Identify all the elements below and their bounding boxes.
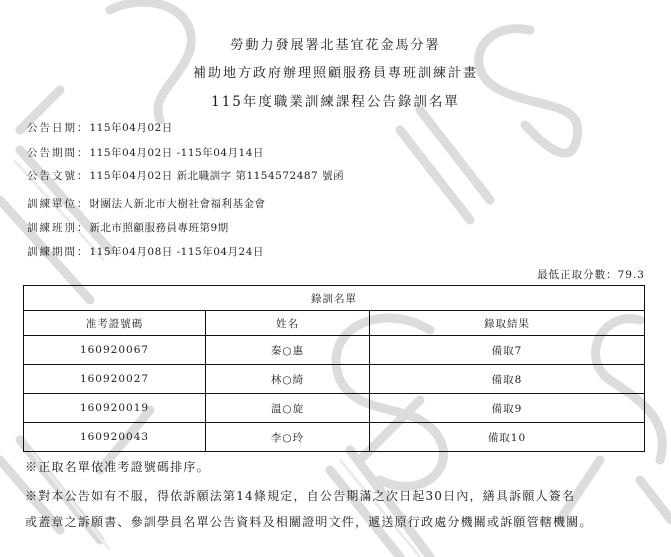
cell-exam-no: 160920067 [24,336,206,365]
announce-date-value: 115年04月02日 [90,122,173,134]
training-period: 訓練期間：115年04月08日 -115年04月24日 [27,244,264,259]
announce-doc-no-label: 公告文號： [27,170,90,182]
training-class: 訓練班別：新北市照顧服務員專班第9期 [27,220,229,235]
column-header-name: 姓名 [206,311,370,336]
min-score-value: 79.3 [618,269,645,281]
cell-name: 秦○惠 [206,336,370,365]
appeal-note-line1: ※對本公告如有不服，得依訴願法第14條規定，自公告期滿之次日起30日內，繕具訴願… [25,487,575,504]
cell-result: 備取10 [370,423,645,452]
cell-result: 備取7 [370,336,645,365]
announce-period: 公告期間：115年04月02日 -115年04月14日 [27,145,264,160]
training-class-value: 新北市照顧服務員專班第9期 [90,222,229,234]
table-row: 160920027 林○綺 備取8 [24,365,645,394]
cell-result: 備取8 [370,365,645,394]
table-row: 160920043 李○玲 備取10 [24,423,645,452]
appeal-note-line2: 或蓋章之訴願書、參訓學員名單公告資料及相關證明文件，遞送原行政處分機關或訴願管轄… [25,513,593,530]
training-period-value: 115年04月08日 -115年04月24日 [90,246,264,258]
announce-period-label: 公告期間： [27,147,90,159]
min-admission-score: 最低正取分數：79.3 [537,267,645,282]
announce-date: 公告日期：115年04月02日 [27,120,173,135]
announcement-document: 勞動力發展署北基宜花金馬分署 補助地方政府辦理照顧服務員專班訓練計畫 115年度… [0,0,671,557]
training-unit-label: 訓練單位： [27,198,90,210]
sort-note: ※正取名單依准考證號碼排序。 [25,458,210,475]
cell-exam-no: 160920043 [24,423,206,452]
table-row: 160920067 秦○惠 備取7 [24,336,645,365]
training-unit: 訓練單位：財團法人新北市大樹社會福利基金會 [27,196,266,211]
column-header-exam-no: 准考證號碼 [24,311,206,336]
training-unit-value: 財團法人新北市大樹社會福利基金會 [90,198,266,210]
program-title: 補助地方政府辦理照顧服務員專班訓練計畫 [0,62,671,81]
table-caption-row: 錄訓名單 [24,286,645,311]
cell-result: 備取9 [370,394,645,423]
training-class-label: 訓練班別： [27,222,90,234]
cell-exam-no: 160920027 [24,365,206,394]
table-row: 160920019 溫○旋 備取9 [24,394,645,423]
cell-name: 溫○旋 [206,394,370,423]
cell-name: 林○綺 [206,365,370,394]
list-title: 115年度職業訓練課程公告錄訓名單 [0,90,671,110]
table-caption: 錄訓名單 [24,286,645,311]
column-header-result: 錄取結果 [370,311,645,336]
announce-date-label: 公告日期： [27,122,90,134]
admission-roster-table: 錄訓名單 准考證號碼 姓名 錄取結果 160920067 秦○惠 備取7 160… [23,285,645,452]
cell-exam-no: 160920019 [24,394,206,423]
announce-doc-no: 公告文號：115年04月02日 新北職訓字 第1154572487 號函 [27,168,344,183]
cell-name: 李○玲 [206,423,370,452]
min-score-label: 最低正取分數： [537,269,618,281]
announce-doc-no-value: 115年04月02日 新北職訓字 第1154572487 號函 [90,170,345,182]
training-period-label: 訓練期間： [27,246,90,258]
announce-period-value: 115年04月02日 -115年04月14日 [90,147,264,159]
agency-title: 勞動力發展署北基宜花金馬分署 [0,34,671,53]
table-header-row: 准考證號碼 姓名 錄取結果 [24,311,645,336]
